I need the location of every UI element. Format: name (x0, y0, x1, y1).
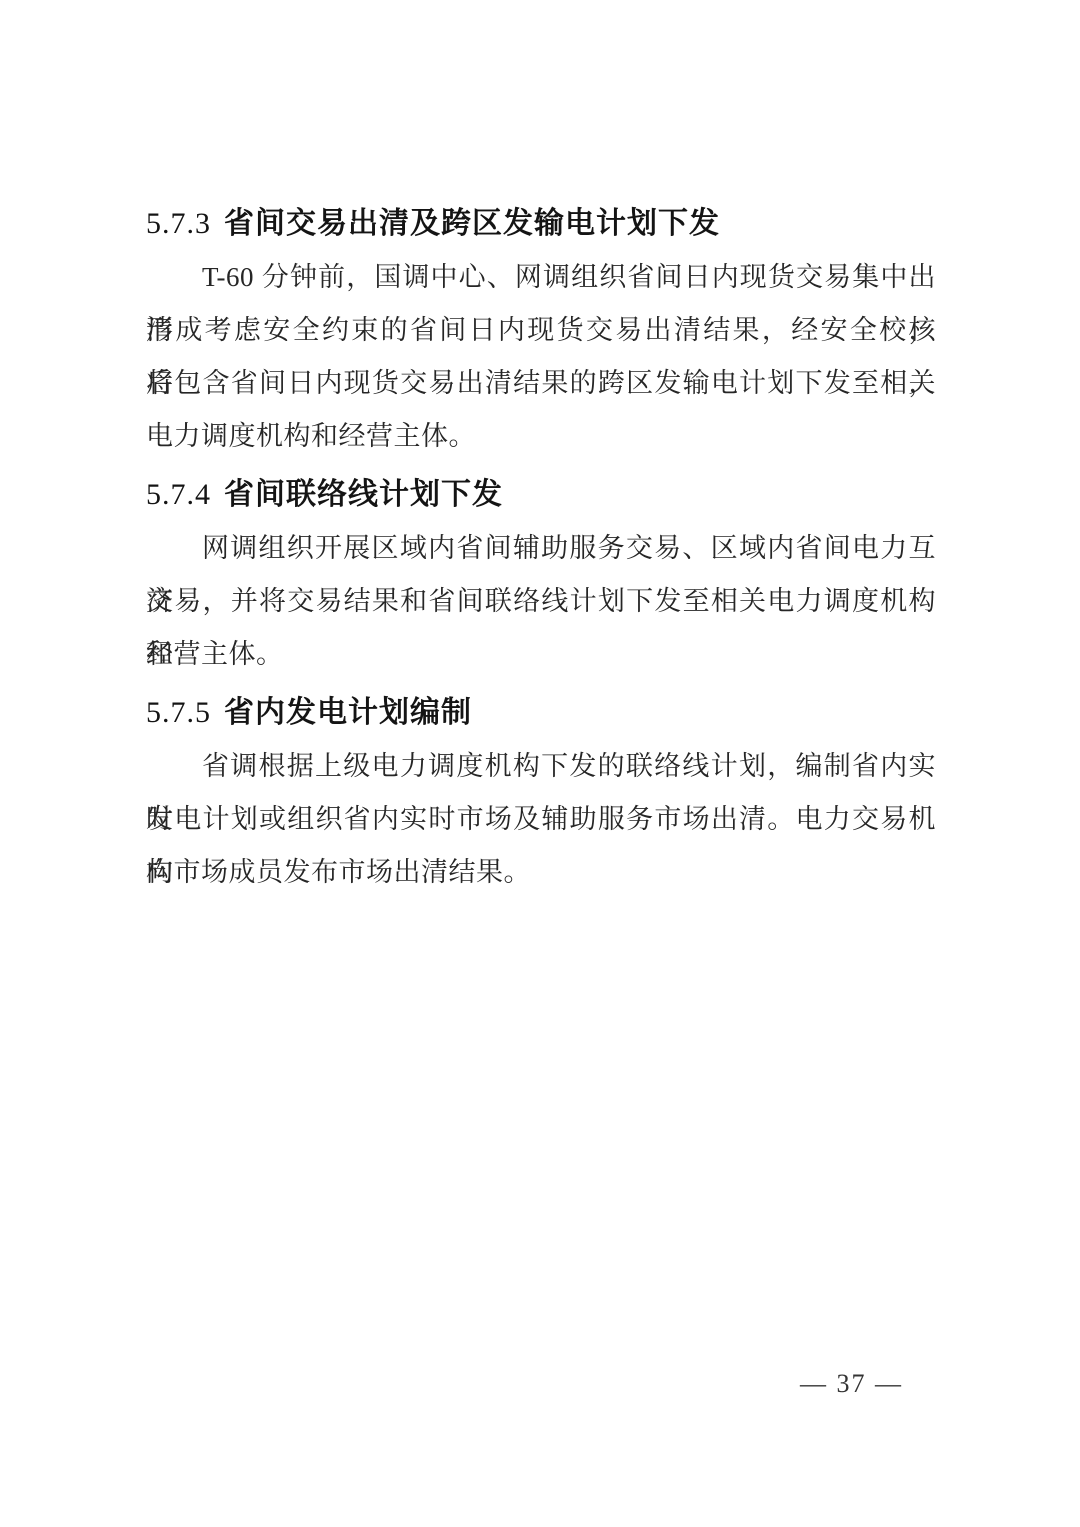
document-content: 5.7.3省间交易出清及跨区发输电计划下发 T-60 分钟前，国调中心、网调组织… (146, 197, 936, 899)
text-line: 省调根据上级电力调度机构下发的联络线计划，编制省内实时 (146, 740, 936, 793)
section-heading: 5.7.4省间联络线计划下发 (146, 468, 936, 522)
section-paragraph: 网调组织开展区域内省间辅助服务交易、区域内省间电力互济交易，并将交易结果和省间联… (146, 522, 936, 681)
section-number: 5.7.4 (146, 478, 211, 511)
page-number: — 37 — (800, 1368, 903, 1400)
text-line: 将包含省间日内现货交易出清结果的跨区发输电计划下发至相关 (146, 357, 936, 410)
text-line: 电力调度机构和经营主体。 (146, 410, 936, 463)
text-line: 发电计划或组织省内实时市场及辅助服务市场出清。电力交易机构 (146, 793, 936, 846)
section-number: 5.7.3 (146, 207, 211, 240)
section-title: 省间交易出清及跨区发输电计划下发 (224, 207, 720, 240)
section-paragraph: T-60 分钟前，国调中心、网调组织省间日内现货交易集中出清，形成考虑安全约束的… (146, 251, 936, 463)
document-page: 5.7.3省间交易出清及跨区发输电计划下发 T-60 分钟前，国调中心、网调组织… (0, 0, 1080, 1527)
text-line: 经营主体。 (146, 628, 936, 681)
section-paragraph: 省调根据上级电力调度机构下发的联络线计划，编制省内实时发电计划或组织省内实时市场… (146, 740, 936, 899)
text-line: 形成考虑安全约束的省间日内现货交易出清结果，经安全校核后， (146, 304, 936, 357)
document-section: 5.7.5省内发电计划编制 省调根据上级电力调度机构下发的联络线计划，编制省内实… (146, 686, 936, 899)
section-number: 5.7.5 (146, 696, 211, 729)
section-heading: 5.7.3省间交易出清及跨区发输电计划下发 (146, 197, 936, 251)
text-line: T-60 分钟前，国调中心、网调组织省间日内现货交易集中出清， (146, 251, 936, 304)
section-heading: 5.7.5省内发电计划编制 (146, 686, 936, 740)
document-section: 5.7.3省间交易出清及跨区发输电计划下发 T-60 分钟前，国调中心、网调组织… (146, 197, 936, 463)
section-title: 省内发电计划编制 (224, 696, 472, 729)
document-section: 5.7.4省间联络线计划下发 网调组织开展区域内省间辅助服务交易、区域内省间电力… (146, 468, 936, 681)
text-line: 交易，并将交易结果和省间联络线计划下发至相关电力调度机构和 (146, 575, 936, 628)
section-title: 省间联络线计划下发 (224, 478, 503, 511)
text-line: 网调组织开展区域内省间辅助服务交易、区域内省间电力互济 (146, 522, 936, 575)
text-line: 向市场成员发布市场出清结果。 (146, 846, 936, 899)
